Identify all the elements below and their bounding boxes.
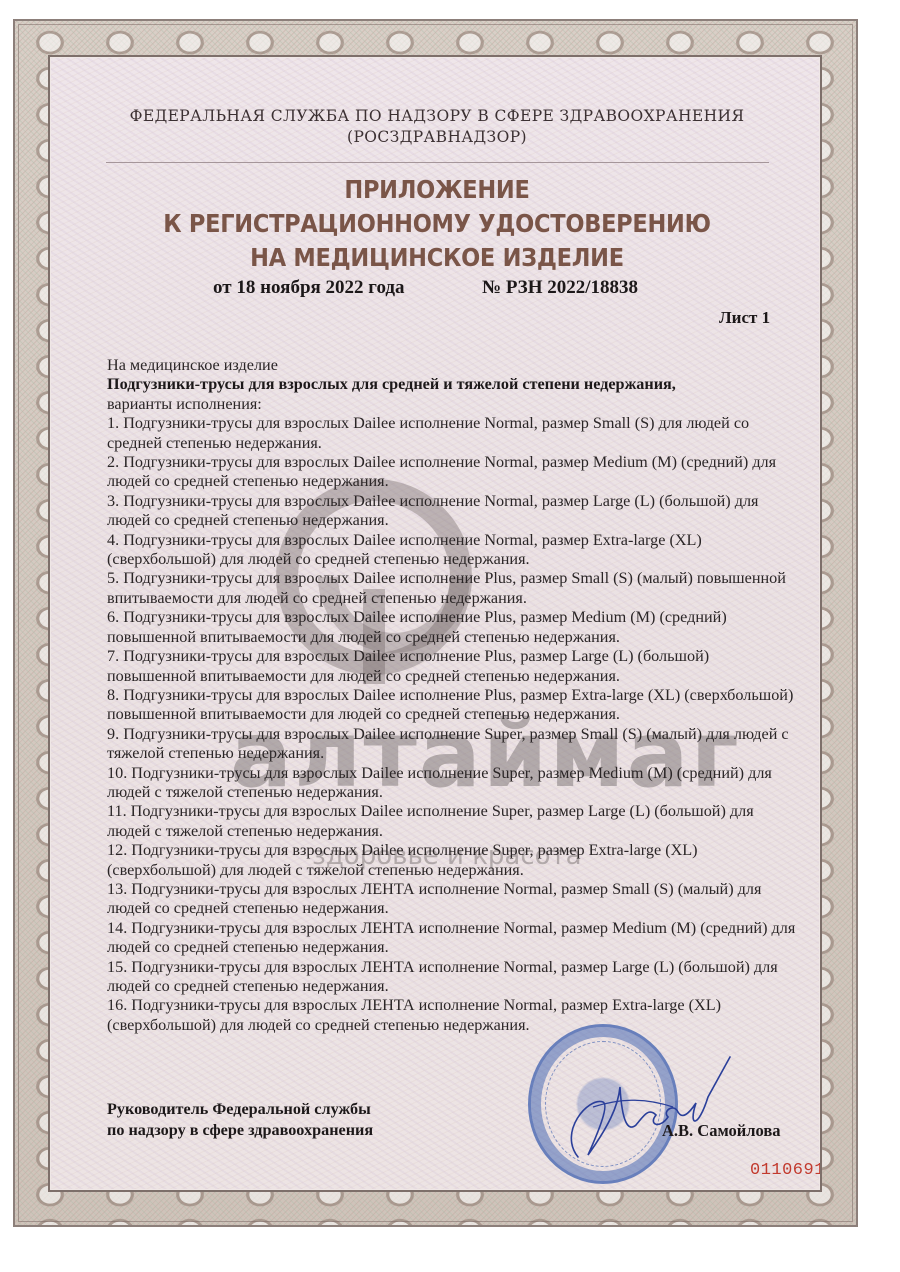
- variant-item: 6. Подгузники-трусы для взрослых Dailee …: [107, 608, 797, 647]
- variant-item: 15. Подгузники-трусы для взрослых ЛЕНТА …: [107, 958, 797, 997]
- document-title-line3: НА МЕДИЦИНСКОЕ ИЗДЕЛИЕ: [89, 243, 786, 272]
- variant-item: 14. Подгузники-трусы для взрослых ЛЕНТА …: [107, 919, 797, 958]
- signatory-position-line1: Руководитель Федеральной службы: [107, 1099, 373, 1120]
- document-title-line2: К РЕГИСТРАЦИОННОМУ УДОСТОВЕРЕНИЮ: [89, 209, 786, 238]
- variant-item: 4. Подгузники-трусы для взрослых Dailee …: [107, 531, 797, 570]
- document-page: алтаймаг здоровье и красота ФЕДЕРАЛЬНАЯ …: [48, 55, 822, 1192]
- sheet-number: Лист 1: [719, 308, 770, 328]
- issue-date: от 18 ноября 2022 года: [213, 277, 405, 299]
- variant-item: 16. Подгузники-трусы для взрослых ЛЕНТА …: [107, 996, 797, 1035]
- variant-item: 2. Подгузники-трусы для взрослых Dailee …: [107, 453, 797, 492]
- variant-item: 8. Подгузники-трусы для взрослых Dailee …: [107, 686, 797, 725]
- signer-name: А.В. Самойлова: [662, 1121, 781, 1141]
- registration-number: № РЗН 2022/18838: [482, 277, 638, 299]
- agency-name: ФЕДЕРАЛЬНАЯ СЛУЖБА ПО НАДЗОРУ В СФЕРЕ ЗД…: [50, 106, 822, 127]
- variant-item: 11. Подгузники-трусы для взрослых Dailee…: [107, 802, 797, 841]
- agency-abbreviation: (РОСЗДРАВНАДЗОР): [50, 127, 822, 148]
- signatory-position: Руководитель Федеральной службы по надзо…: [107, 1099, 373, 1141]
- variant-item: 5. Подгузники-трусы для взрослых Dailee …: [107, 569, 797, 608]
- variant-item: 12. Подгузники-трусы для взрослых Dailee…: [107, 841, 797, 880]
- variant-item: 7. Подгузники-трусы для взрослых Dailee …: [107, 647, 797, 686]
- document-title-line1: ПРИЛОЖЕНИЕ: [89, 175, 786, 204]
- document-body: На медицинское изделие Подгузники-трусы …: [107, 356, 797, 1035]
- variants-label: варианты исполнения:: [107, 395, 797, 414]
- header-divider: [106, 162, 769, 163]
- intro-text: На медицинское изделие: [107, 356, 797, 375]
- product-name: Подгузники-трусы для взрослых для средне…: [107, 375, 797, 394]
- signatory-position-line2: по надзору в сфере здравоохранения: [107, 1120, 373, 1141]
- variant-item: 1. Подгузники-трусы для взрослых Dailee …: [107, 414, 797, 453]
- variant-item: 9. Подгузники-трусы для взрослых Dailee …: [107, 725, 797, 764]
- variants-list: 1. Подгузники-трусы для взрослых Dailee …: [107, 414, 797, 1035]
- serial-number: 0110691: [750, 1161, 822, 1180]
- handwritten-signature-icon: [548, 1037, 738, 1177]
- agency-header: ФЕДЕРАЛЬНАЯ СЛУЖБА ПО НАДЗОРУ В СФЕРЕ ЗД…: [50, 106, 822, 148]
- variant-item: 3. Подгузники-трусы для взрослых Dailee …: [107, 492, 797, 531]
- variant-item: 13. Подгузники-трусы для взрослых ЛЕНТА …: [107, 880, 797, 919]
- variant-item: 10. Подгузники-трусы для взрослых Dailee…: [107, 764, 797, 803]
